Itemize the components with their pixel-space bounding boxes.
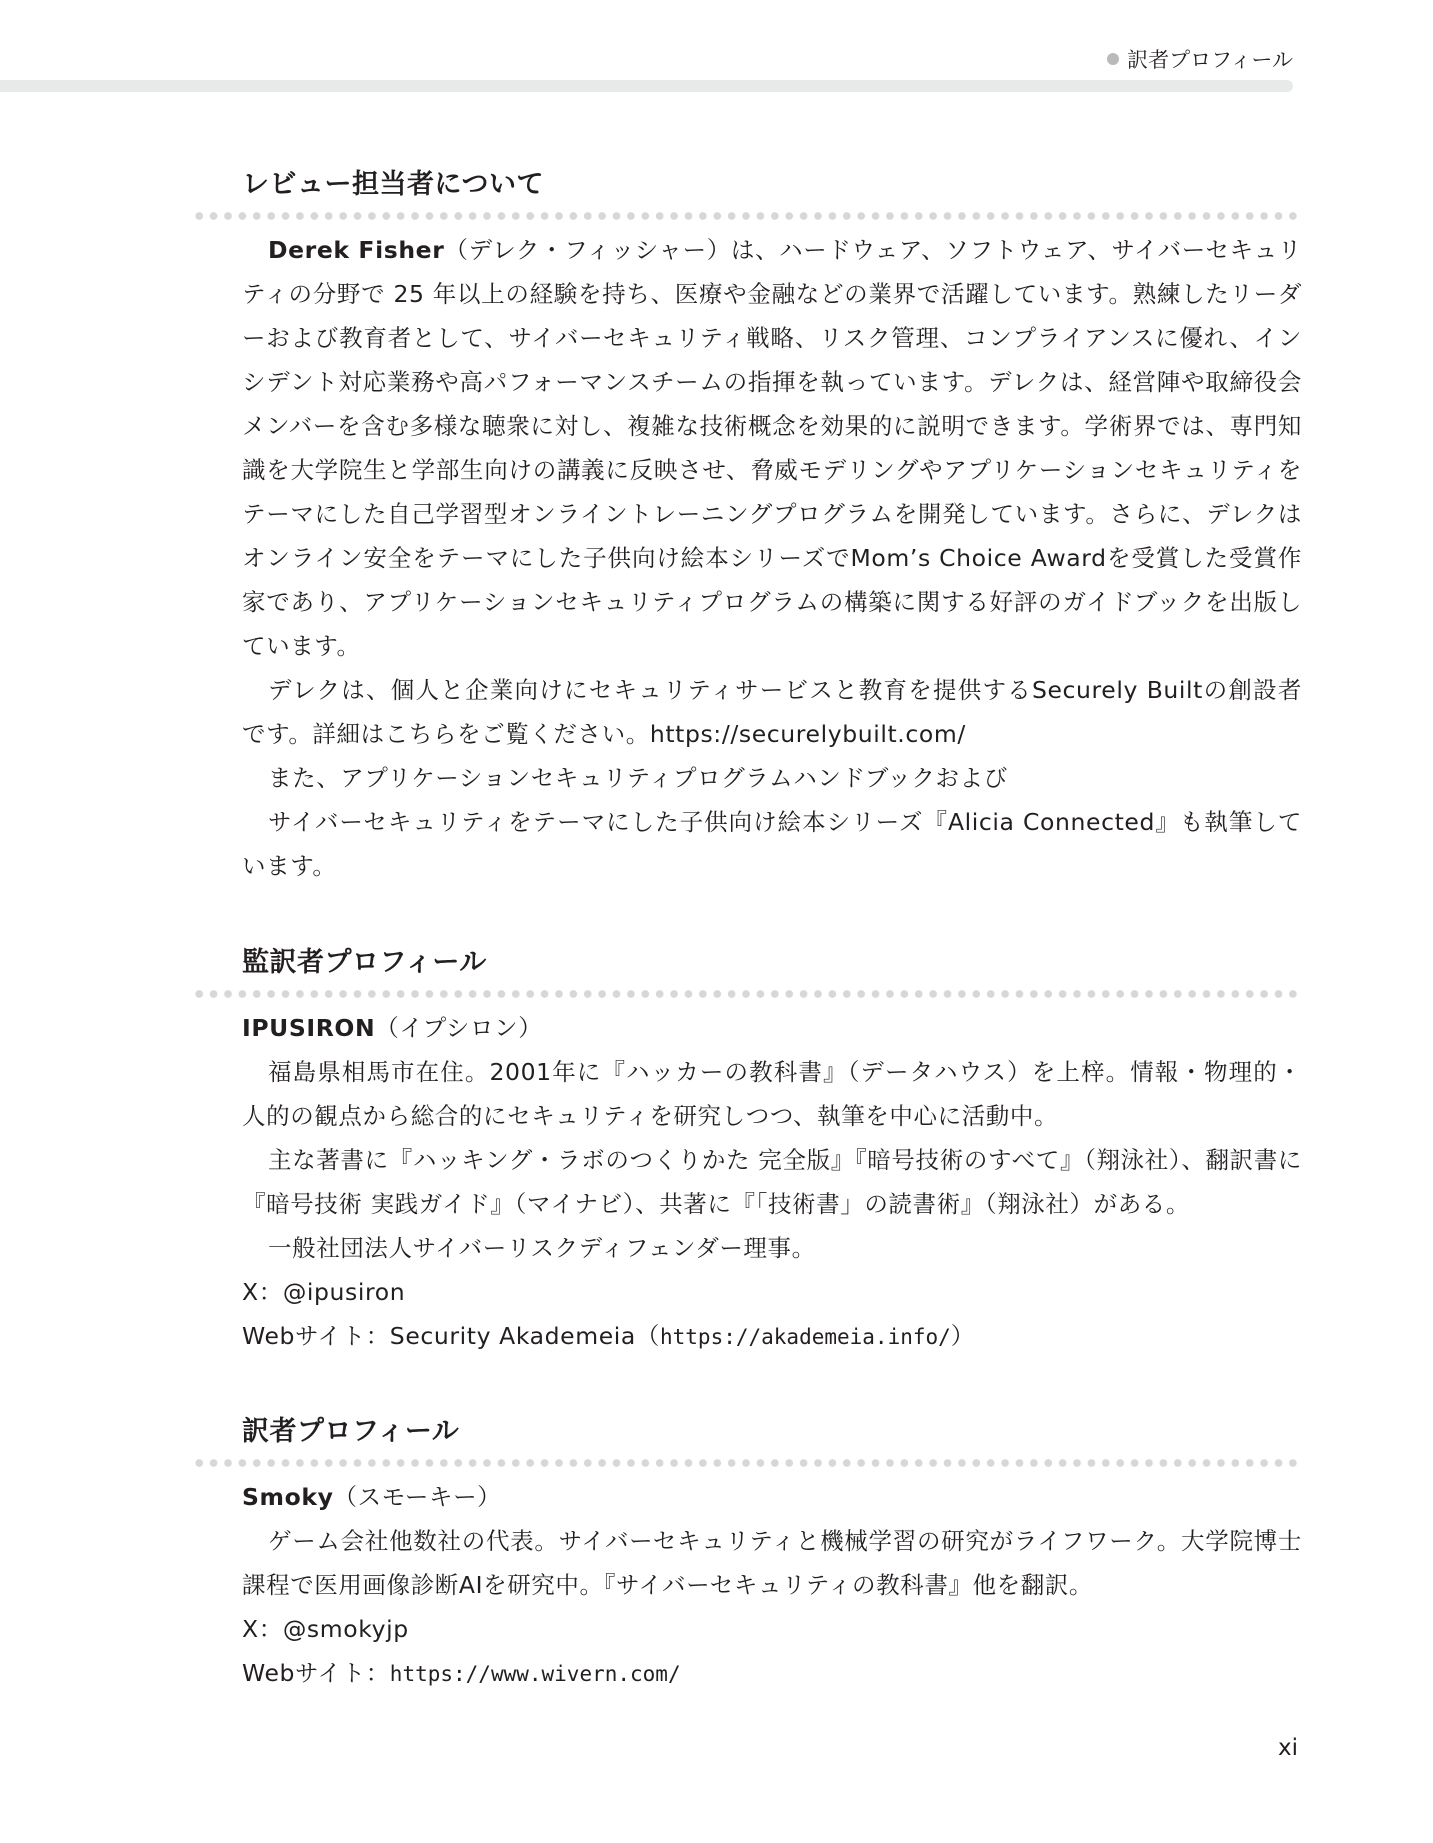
bullet-icon [1107, 53, 1119, 65]
section-reviewer: レビュー担当者について Derek Fisher（デレク・フィッシャー）は、ハー… [242, 160, 1302, 888]
paragraph: Derek Fisher（デレク・フィッシャー）は、ハードウェア、ソフトウェア、… [242, 228, 1302, 668]
website-line: Webサイト：Security Akademeia（https://akadem… [242, 1314, 1302, 1359]
section-title: 訳者プロフィール [242, 1407, 1302, 1457]
website-label: Webサイト： [242, 1659, 390, 1687]
page-number: xi [1278, 1735, 1298, 1761]
website-url[interactable]: https://www.wivern.com/ [390, 1662, 681, 1686]
website-url[interactable]: https://akademeia.info/ [660, 1325, 951, 1349]
paragraph: 一般社団法人サイバーリスクディフェンダー理事。 [242, 1226, 1302, 1270]
website-label: Webサイト： [242, 1322, 390, 1350]
page-content: レビュー担当者について Derek Fisher（デレク・フィッシャー）は、ハー… [242, 160, 1302, 1696]
paragraph-text: （デレク・フィッシャー）は、ハードウェア、ソフトウェア、サイバーセキュリティの分… [242, 236, 1302, 660]
paragraph: デレクは、個人と企業向けにセキュリティサービスと教育を提供するSecurely … [242, 668, 1302, 756]
person-line: IPUSIRON（イプシロン） [242, 1006, 1302, 1050]
dotted-divider [192, 212, 1302, 220]
paragraph: 福島県相馬市在住。2001年に『ハッカーの教科書』（データハウス）を上梓。情報・… [242, 1050, 1302, 1138]
translator-reading: （スモーキー） [334, 1483, 502, 1511]
x-handle: @ipusiron [283, 1278, 405, 1306]
section-title: レビュー担当者について [242, 160, 1302, 210]
section-title: 監訳者プロフィール [242, 938, 1302, 988]
header-bar [0, 80, 1293, 92]
paragraph: サイバーセキュリティをテーマにした子供向け絵本シリーズ『Alicia Conne… [242, 800, 1302, 888]
running-head-label: 訳者プロフィール [1127, 44, 1293, 74]
paragraph: ゲーム会社他数社の代表。サイバーセキュリティと機械学習の研究がライフワーク。大学… [242, 1519, 1302, 1607]
website-line: Webサイト：https://www.wivern.com/ [242, 1651, 1302, 1696]
translator-name: Smoky [242, 1483, 334, 1511]
x-label: X： [242, 1615, 283, 1643]
website-name: Security Akademeia（ [390, 1322, 660, 1350]
dotted-divider [192, 1459, 1302, 1467]
section-supervisor: 監訳者プロフィール IPUSIRON（イプシロン） 福島県相馬市在住。2001年… [242, 938, 1302, 1359]
x-account-line: X：@ipusiron [242, 1270, 1302, 1314]
paragraph: 主な著書に『ハッキング・ラボのつくりかた 完全版』『暗号技術のすべて』（翔泳社）… [242, 1138, 1302, 1226]
website-close: ） [951, 1322, 975, 1350]
x-handle: @smokyjp [283, 1615, 409, 1643]
dotted-divider [192, 990, 1302, 998]
reviewer-name: Derek Fisher [268, 236, 444, 264]
person-line: Smoky（スモーキー） [242, 1475, 1302, 1519]
running-head: 訳者プロフィール [1107, 44, 1293, 74]
supervisor-name: IPUSIRON [242, 1014, 375, 1042]
x-account-line: X：@smokyjp [242, 1607, 1302, 1651]
section-translator: 訳者プロフィール Smoky（スモーキー） ゲーム会社他数社の代表。サイバーセキ… [242, 1407, 1302, 1696]
paragraph: また、アプリケーションセキュリティプログラムハンドブックおよび [242, 756, 1302, 800]
x-label: X： [242, 1278, 283, 1306]
supervisor-reading: （イプシロン） [375, 1014, 542, 1042]
